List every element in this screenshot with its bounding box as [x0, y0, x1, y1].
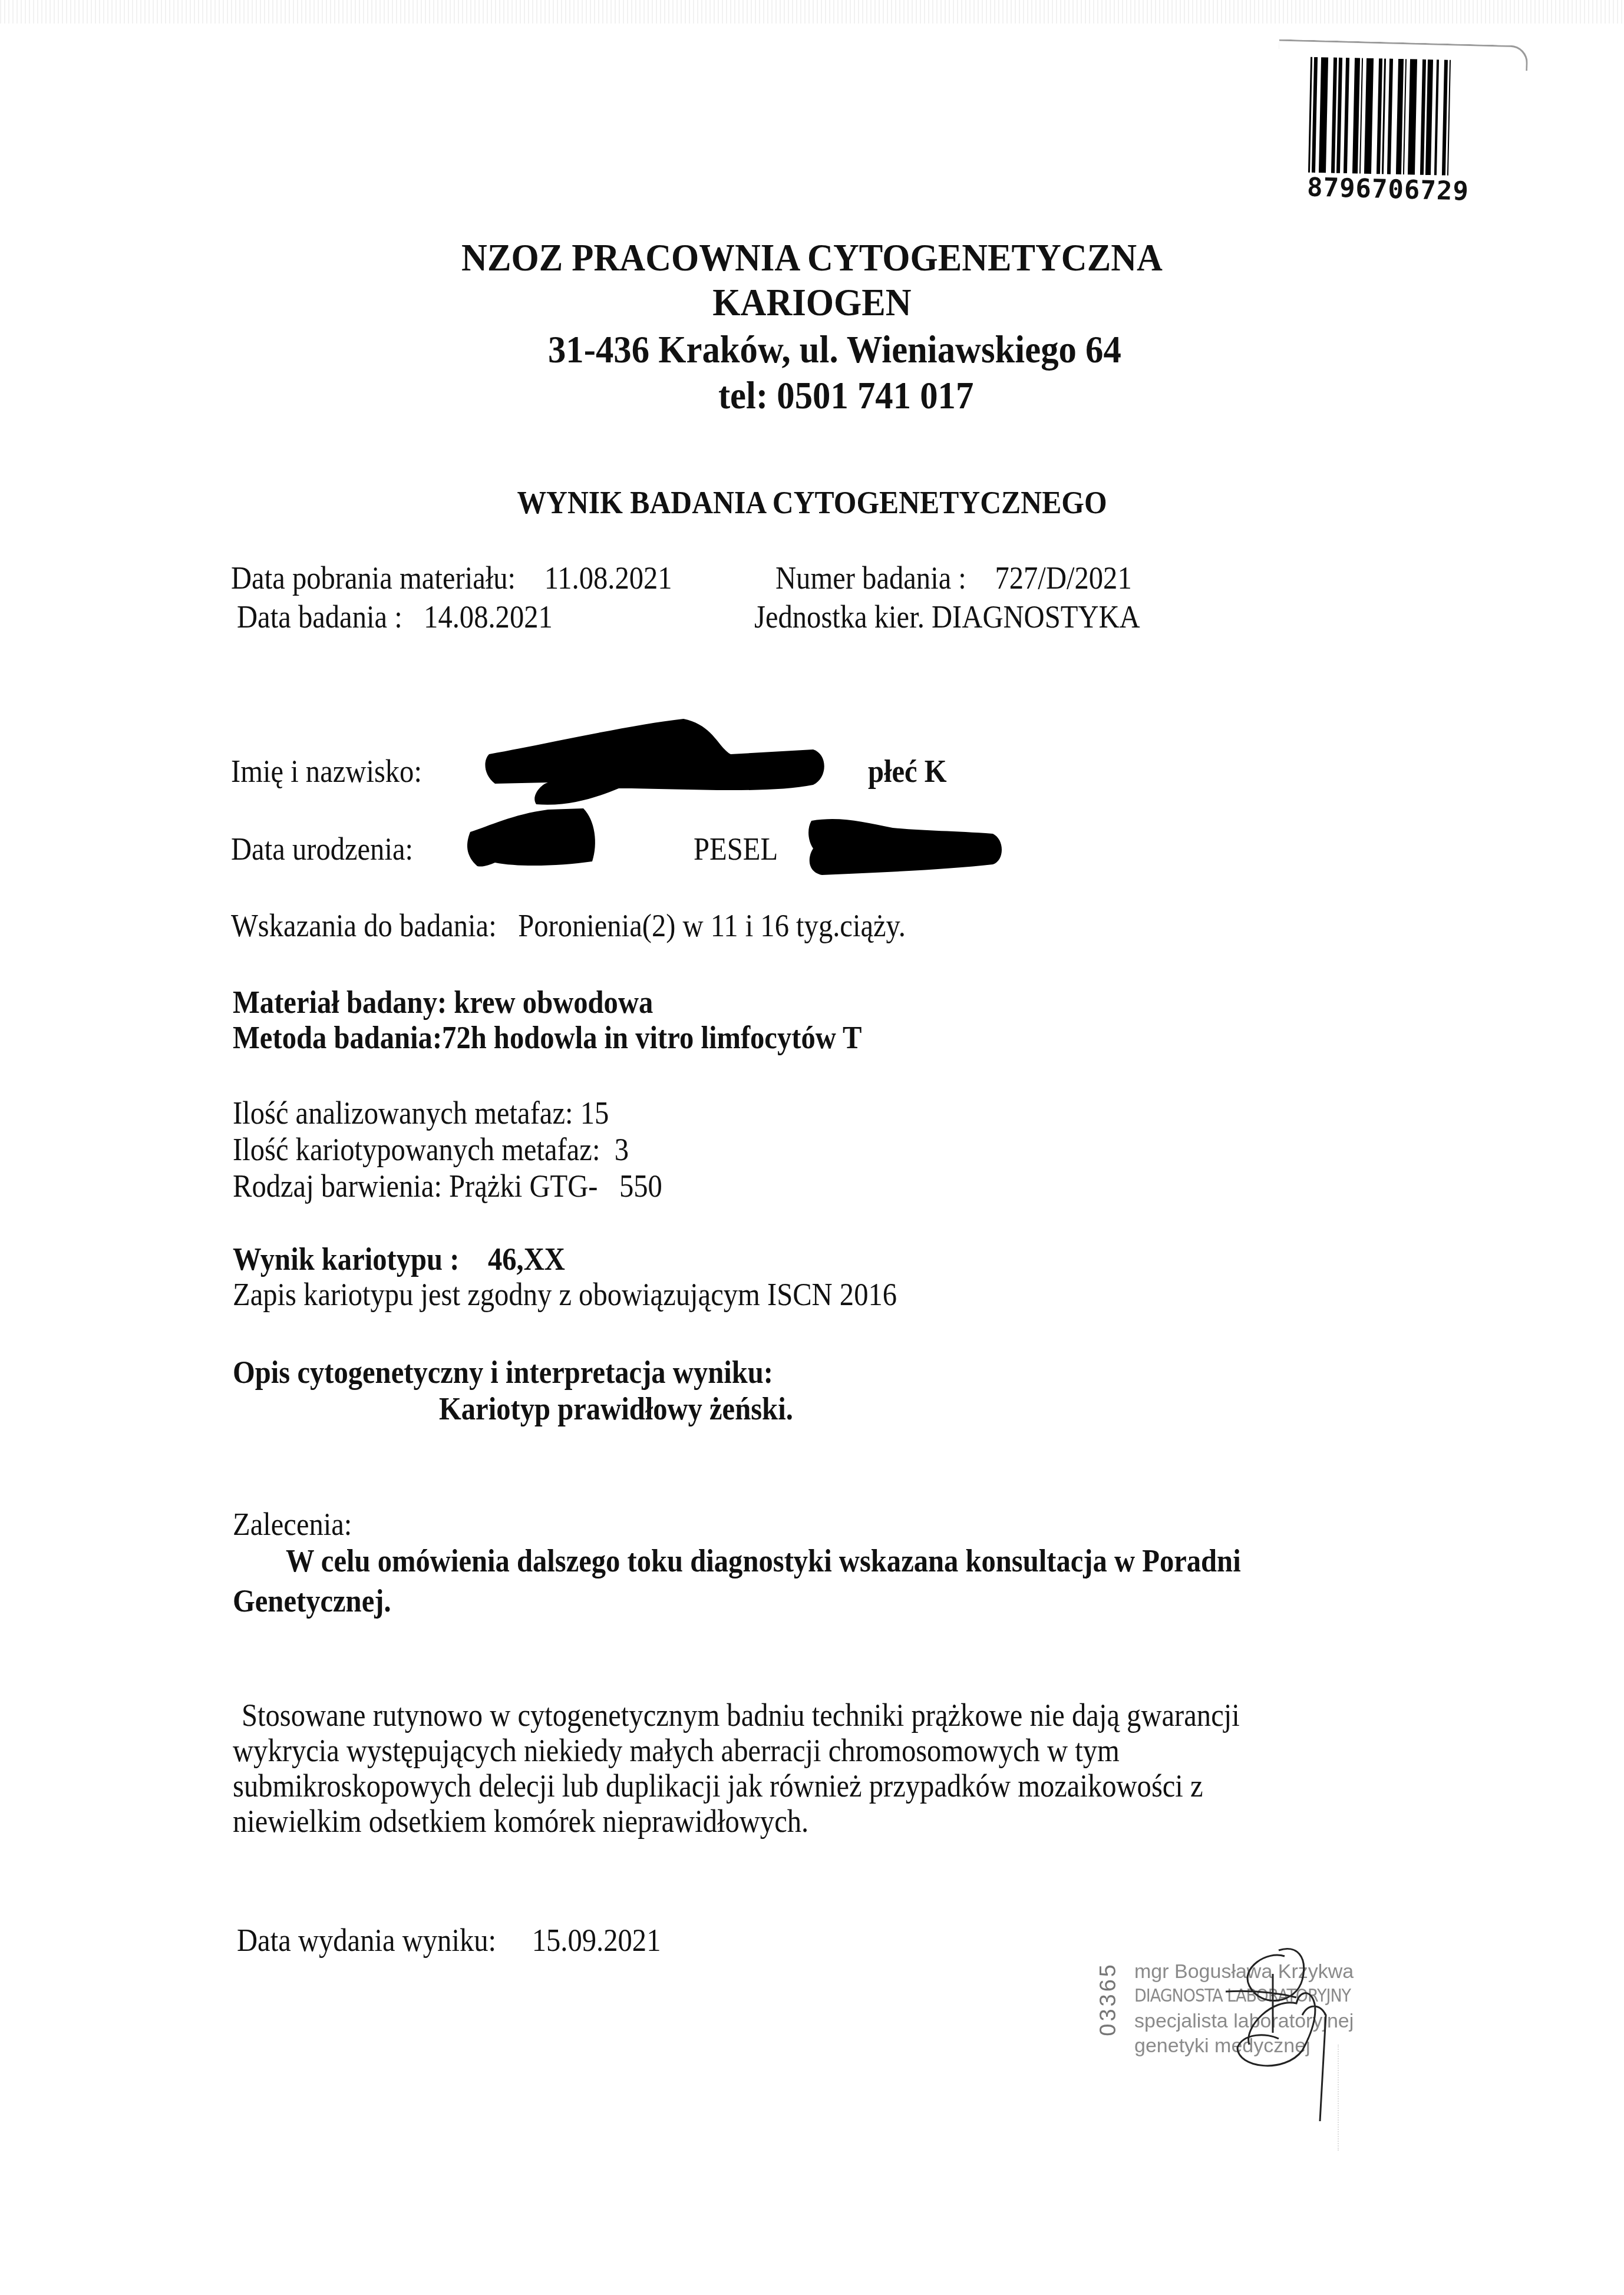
barcode-bar [1319, 57, 1328, 173]
barcode-bar [1382, 58, 1386, 174]
birth-date-label: Data urodzenia: [231, 831, 413, 867]
barcode-bar [1403, 59, 1407, 174]
method-label: Metoda badania: [233, 1020, 442, 1055]
disclaimer-line-1: Stosowane rutynowo w cytogenetycznym bad… [242, 1697, 1240, 1733]
analyzed-row: Ilość analizowanych metafaz: 15 [233, 1095, 609, 1131]
stamp-number: 03365 [1096, 1962, 1131, 2036]
barcode-bar [1344, 58, 1349, 173]
staining-value: Prążki GTG- 550 [449, 1168, 662, 1204]
exam-number-row: Numer badania : 727/D/2021 [775, 560, 1132, 596]
pesel-label: PESEL [694, 831, 778, 867]
issue-date-row: Data wydania wyniku: 15.09.2021 [237, 1922, 661, 1959]
interpretation-label: Opis cytogenetyczny i interpretacja wyni… [233, 1354, 773, 1391]
issue-date-value: 15.09.2021 [532, 1923, 661, 1958]
staining-row: Rodzaj barwienia: Prążki GTG- 550 [233, 1168, 662, 1204]
barcode-bar [1336, 58, 1342, 173]
method-row: Metoda badania:72h hodowla in vitro limf… [233, 1019, 862, 1056]
staining-label: Rodzaj barwienia: [233, 1168, 442, 1204]
barcode-bar [1420, 60, 1426, 175]
sample-date-label: Data pobrania materiału: [231, 560, 516, 596]
exam-date-value: 14.08.2021 [424, 599, 553, 635]
material-label: Materiał badany: [233, 985, 447, 1020]
analyzed-label: Ilość analizowanych metafaz: [233, 1095, 573, 1131]
barcode-bar [1387, 59, 1393, 174]
exam-number-value: 727/D/2021 [995, 560, 1131, 596]
disclaimer-line-2: wykrycia występujących niekiedy małych a… [233, 1732, 1120, 1769]
karyotype-value: 46,XX [488, 1241, 565, 1277]
barcode-number: 8796706729 [1306, 172, 1469, 206]
document-title: WYNIK BADANIA CYTOGENETYCZNEGO [65, 484, 1559, 521]
scan-artifact [0, 0, 1624, 24]
redaction-pesel [804, 816, 1005, 878]
org-address: 31-436 Kraków, ul. Wieniawskiego 64 [66, 328, 1582, 372]
interpretation-value: Kariotyp prawidłowy żeński. [439, 1391, 793, 1427]
recommendations-line-1: W celu omówienia dalszego toku diagnosty… [286, 1543, 1241, 1579]
referring-unit-label: Jednostka kier. [754, 599, 925, 635]
method-value: 72h hodowla in vitro limfocytów T [442, 1020, 861, 1055]
disclaimer-line-3: submikroskopowych delecji lub duplikacji… [233, 1768, 1203, 1804]
karyotyped-row: Ilość kariotypowanych metafaz: 3 [233, 1131, 629, 1168]
exam-date-label: Data badania : [237, 599, 402, 635]
indications-label: Wskazania do badania: [231, 908, 497, 943]
barcode-bar [1359, 58, 1363, 174]
barcode-bar [1377, 58, 1382, 174]
sex-field: płeć K [868, 753, 947, 790]
redaction-patient-name [483, 719, 825, 807]
barcode-bar [1425, 60, 1433, 175]
recommendations-line-2: Genetycznej. [233, 1583, 391, 1619]
material-row: Materiał badany: krew obwodowa [233, 984, 653, 1021]
org-phone: tel: 0501 741 017 [67, 374, 1593, 418]
exam-number-label: Numer badania : [775, 560, 966, 596]
barcode-bar [1434, 60, 1439, 175]
referring-unit-value: DIAGNOSTYKA [932, 599, 1140, 635]
recommendations-label: Zalecenia: [233, 1506, 352, 1543]
org-name: NZOZ PRACOWNIA CYTOGENETYCZNA [65, 236, 1559, 280]
karyotyped-label: Ilość kariotypowanych metafaz: [233, 1132, 600, 1167]
sex-label: płeć [868, 754, 917, 789]
barcode-bar [1447, 60, 1451, 176]
barcode-bar [1442, 60, 1448, 176]
sex-value: K [925, 754, 947, 789]
issue-date-label: Data wydania wyniku: [237, 1923, 496, 1958]
karyotyped-value: 3 [615, 1132, 629, 1167]
org-name-kariogen: KARIOGEN [65, 280, 1559, 325]
indications-row: Wskazania do badania: Poronienia(2) w 11… [231, 907, 906, 944]
karyotype-row: Wynik kariotypu : 46,XX [233, 1241, 565, 1277]
barcode-bar [1396, 59, 1404, 174]
karyotype-label: Wynik kariotypu : [233, 1241, 459, 1277]
referring-unit-row: Jednostka kier. DIAGNOSTYKA [754, 599, 1140, 635]
redaction-birth-date [466, 808, 642, 867]
barcode-bar [1352, 58, 1360, 173]
material-value: krew obwodowa [454, 985, 653, 1020]
patient-name-label: Imię i nazwisko: [231, 753, 422, 790]
barcode-bar [1331, 58, 1337, 173]
stamp-border [1338, 2045, 1339, 2151]
signature-icon [1214, 1944, 1355, 2139]
sample-date-value: 11.08.2021 [544, 560, 672, 596]
barcode-bar [1312, 57, 1318, 173]
iscn-note: Zapis kariotypu jest zgodny z obowiązują… [233, 1276, 897, 1313]
sample-date-row: Data pobrania materiału: 11.08.2021 [231, 560, 672, 596]
disclaimer-line-4: niewielkim odsetkiem komórek nieprawidło… [233, 1803, 808, 1840]
indications-value: Poronienia(2) w 11 i 16 tyg.ciąży. [518, 908, 906, 943]
exam-date-row: Data badania : 14.08.2021 [237, 599, 553, 635]
barcode-bar [1408, 59, 1417, 174]
barcode-icon [1308, 57, 1493, 176]
barcode-bar [1364, 58, 1374, 174]
analyzed-value: 15 [580, 1095, 609, 1131]
